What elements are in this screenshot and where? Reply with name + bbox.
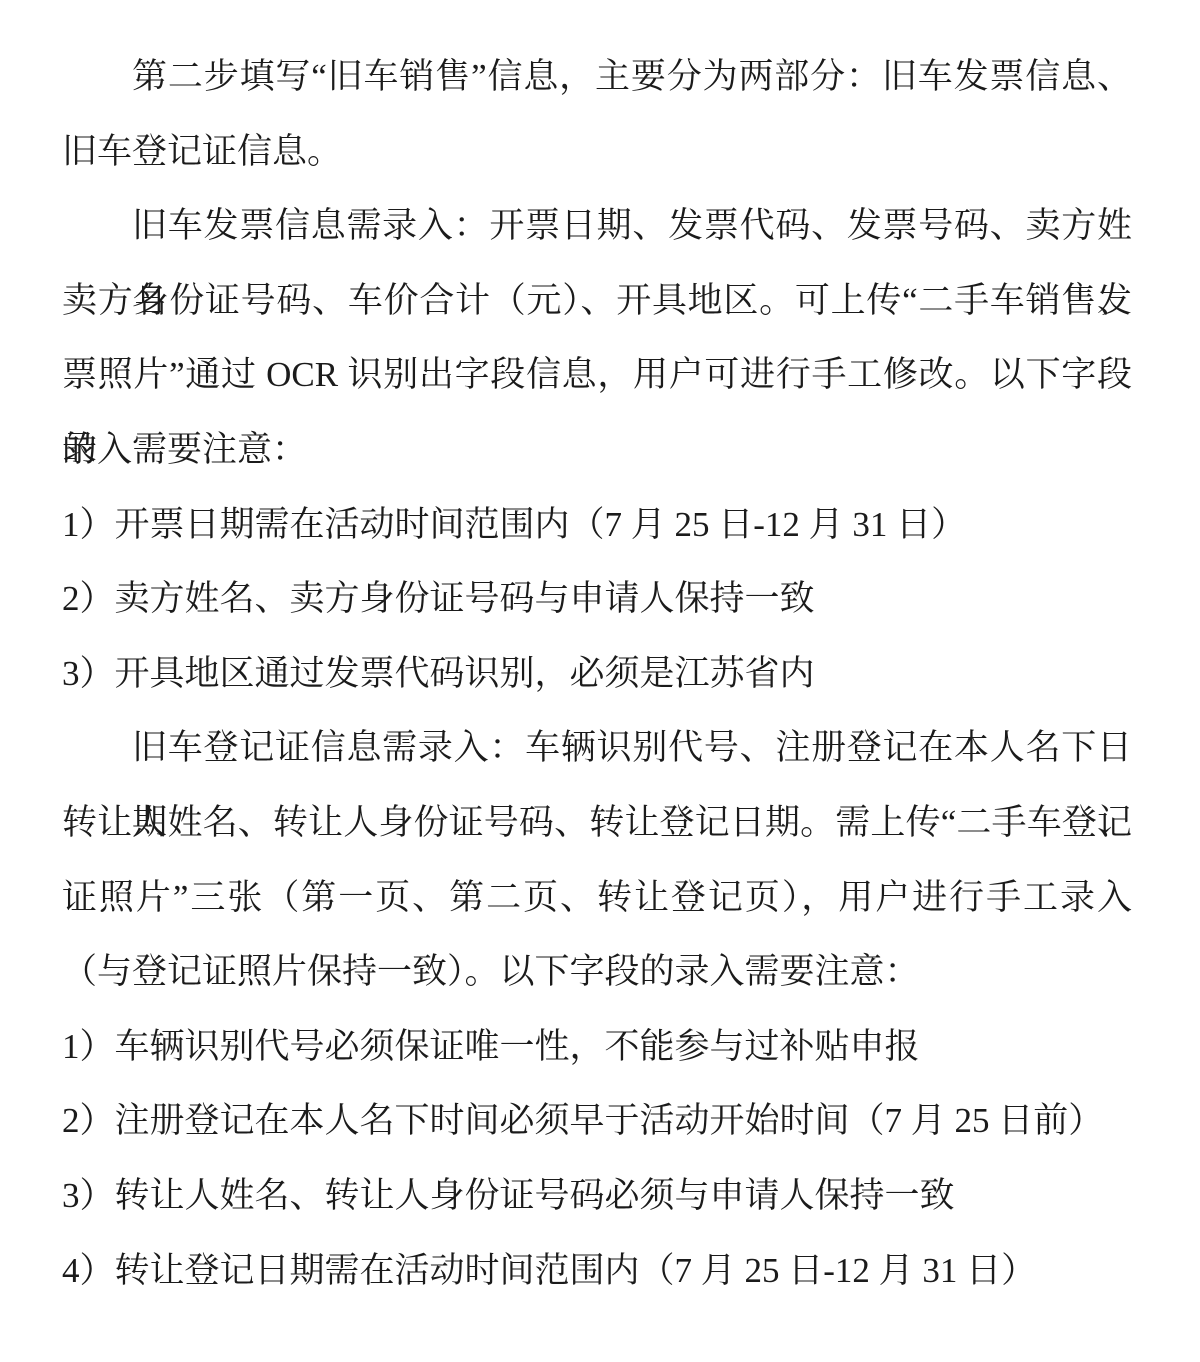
registration-note-item-1: 1）车辆识别代号必须保证唯一性，不能参与过补贴申报 <box>62 1010 1132 1085</box>
paragraph-3-line-4: （与登记证照片保持一致）。以下字段的录入需要注意： <box>62 935 1132 1010</box>
paragraph-2-line-4: 录入需要注意： <box>62 413 1132 488</box>
paragraph-2-line-3: 票照片”通过 OCR 识别出字段信息，用户可进行手工修改。以下字段的 <box>62 338 1132 413</box>
registration-note-item-2: 2）注册登记在本人名下时间必须早于活动开始时间（7 月 25 日前） <box>62 1084 1132 1159</box>
invoice-note-item-1: 1）开票日期需在活动时间范围内（7 月 25 日-12 月 31 日） <box>62 488 1132 563</box>
registration-note-item-4: 4）转让登记日期需在活动时间范围内（7 月 25 日-12 月 31 日） <box>62 1234 1132 1309</box>
paragraph-3-line-3: 证照片”三张（第一页、第二页、转让登记页），用户进行手工录入 <box>62 861 1132 936</box>
document-body: 第二步填写“旧车销售”信息，主要分为两部分：旧车发票信息、 旧车登记证信息。 旧… <box>62 40 1132 1308</box>
paragraph-2-line-2: 卖方身份证号码、车价合计（元）、开具地区。可上传“二手车销售发 <box>62 264 1132 339</box>
paragraph-2-line-1: 旧车发票信息需录入：开票日期、发票代码、发票号码、卖方姓名、 <box>62 189 1132 264</box>
registration-note-item-3: 3）转让人姓名、转让人身份证号码必须与申请人保持一致 <box>62 1159 1132 1234</box>
paragraph-1-line-1: 第二步填写“旧车销售”信息，主要分为两部分：旧车发票信息、 <box>62 40 1132 115</box>
paragraph-3-line-2: 转让人姓名、转让人身份证号码、转让登记日期。需上传“二手车登记 <box>62 786 1132 861</box>
invoice-note-item-3: 3）开具地区通过发票代码识别，必须是江苏省内 <box>62 637 1132 712</box>
paragraph-1-line-2: 旧车登记证信息。 <box>62 115 1132 190</box>
invoice-note-item-2: 2）卖方姓名、卖方身份证号码与申请人保持一致 <box>62 562 1132 637</box>
paragraph-3-line-1: 旧车登记证信息需录入：车辆识别代号、注册登记在本人名下日期、 <box>62 711 1132 786</box>
document-page: 第二步填写“旧车销售”信息，主要分为两部分：旧车发票信息、 旧车登记证信息。 旧… <box>0 0 1200 1362</box>
